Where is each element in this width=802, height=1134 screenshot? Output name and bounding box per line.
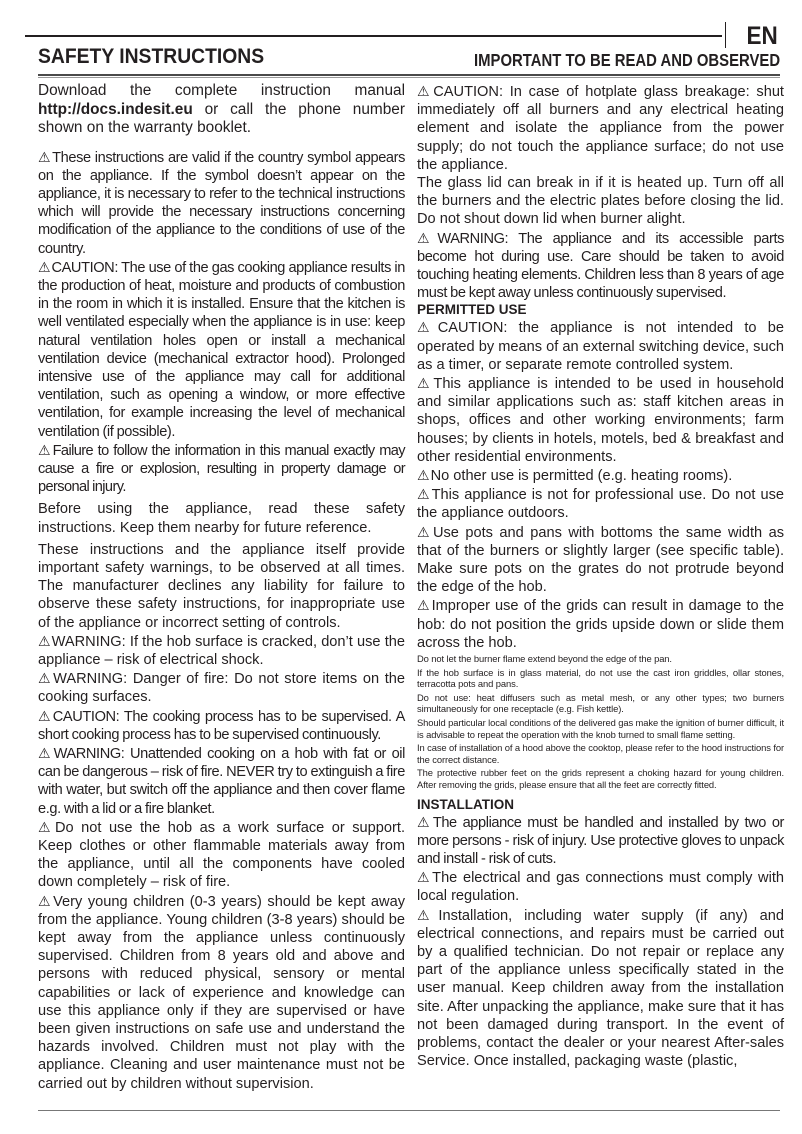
country-symbol-paragraph: These instructions are valid if the coun… <box>38 148 405 258</box>
right-column: CAUTION: In case of hotplate glass break… <box>417 82 784 1070</box>
liability-paragraph: These instructions and the appliance its… <box>38 541 405 632</box>
note-glass-surface: If the hob surface is in glass material,… <box>417 667 784 690</box>
left-column: Download the complete instruction manual… <box>38 82 405 1093</box>
manual-link[interactable]: http://docs.indesit.eu <box>38 101 193 118</box>
section-title-permitted-use: PERMITTED USE <box>417 302 784 318</box>
intro-prefix: Download the complete instruction manual <box>38 82 405 99</box>
connections-comply-paragraph: The electrical and gas connections must … <box>417 868 784 905</box>
small-notes: Do not let the burner flame extend beyon… <box>417 653 784 791</box>
note-heat-diffusers: Do not use: heat diffusers such as metal… <box>417 692 784 715</box>
note-flame: Do not let the burner flame extend beyon… <box>417 653 784 665</box>
no-other-use-paragraph: No other use is permitted (e.g. heating … <box>417 466 784 485</box>
grids-misuse-paragraph: Improper use of the grids can result in … <box>417 596 784 652</box>
fire-storage-warning: WARNING: Danger of fire: Do not store it… <box>38 669 405 706</box>
gas-ventilation-caution: CAUTION: The use of the gas cooking appl… <box>38 258 405 441</box>
supervision-caution: CAUTION: The cooking process has to be s… <box>38 707 405 744</box>
glass-lid-paragraph: The glass lid can break in if it is heat… <box>417 174 784 229</box>
note-gas-ignition: Should particular local conditions of th… <box>417 717 784 740</box>
top-rule-tick <box>725 22 726 48</box>
top-rule <box>25 35 722 37</box>
footer-divider <box>38 1110 780 1111</box>
fire-explosion-warning: Failure to follow the information in thi… <box>38 441 405 497</box>
header-divider-shadow <box>38 77 780 78</box>
section-title-installation: INSTALLATION <box>417 797 784 813</box>
cracked-hob-warning: WARNING: If the hob surface is cracked, … <box>38 632 405 669</box>
external-switch-caution: CAUTION: the appliance is not intended t… <box>417 318 784 374</box>
glass-breakage-caution: CAUTION: In case of hotplate glass break… <box>417 82 784 174</box>
household-use-paragraph: This appliance is intended to be used in… <box>417 374 784 466</box>
note-hood-distance: In case of installation of a hood above … <box>417 742 784 765</box>
not-professional-paragraph: This appliance is not for professional u… <box>417 485 784 522</box>
intro-paragraph: Download the complete instruction manual… <box>38 82 405 138</box>
page-subtitle: IMPORTANT TO BE READ AND OBSERVED <box>474 50 780 71</box>
page-title: SAFETY INSTRUCTIONS <box>38 45 264 69</box>
language-marker: EN <box>747 22 778 51</box>
fat-oil-warning: WARNING: Unattended cooking on a hob wit… <box>38 744 405 818</box>
header-divider <box>38 74 780 76</box>
two-persons-warning: The appliance must be handled and instal… <box>417 813 784 869</box>
hot-parts-warning: WARNING: The appliance and its accessibl… <box>417 229 784 303</box>
note-rubber-feet: The protective rubber feet on the grids … <box>417 767 784 790</box>
children-warning: Very young children (0-3 years) should b… <box>38 892 405 1093</box>
pots-pans-paragraph: Use pots and pans with bottoms the same … <box>417 523 784 597</box>
read-before-use-paragraph: Before using the appliance, read these s… <box>38 500 405 536</box>
qualified-technician-paragraph: Installation, including water supply (if… <box>417 906 784 1071</box>
work-surface-warning: Do not use the hob as a work surface or … <box>38 818 405 892</box>
